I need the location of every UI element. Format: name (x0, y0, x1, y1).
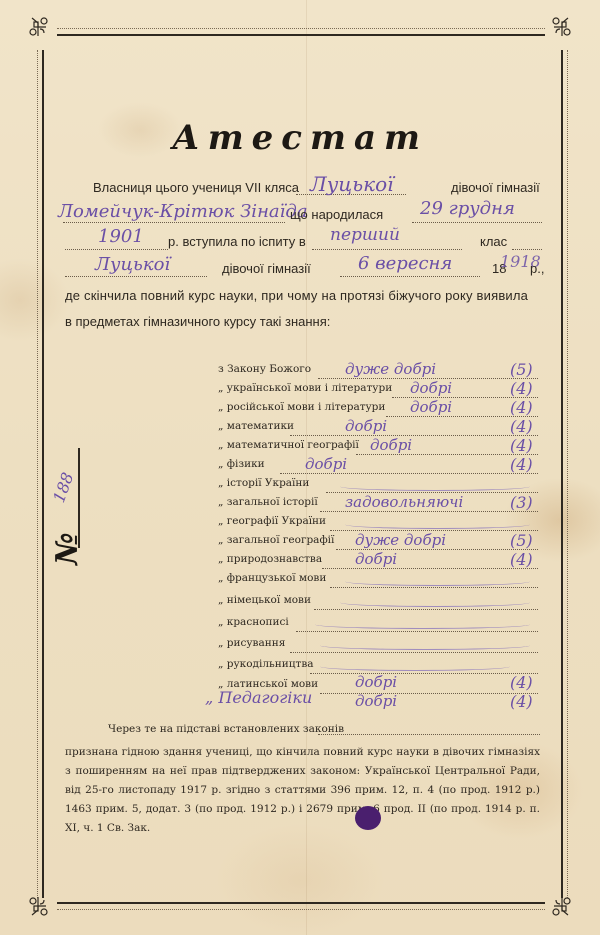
subject-mark: (4) (510, 398, 533, 417)
subject-mark: (4) (510, 455, 533, 474)
subject-name: „ географії України (218, 515, 326, 527)
strike-through-dash (345, 577, 530, 586)
subject-name: „ рисування (218, 637, 285, 649)
subject-name: „ краснописі (218, 616, 289, 628)
hw-school2: Луцької (95, 254, 170, 275)
intro-line1-suffix: дівочої гімназії (451, 180, 540, 195)
ink-blot (355, 806, 381, 830)
subject-name: „ загальної історії (218, 496, 318, 508)
subject-mark: (3) (510, 493, 533, 512)
intro-line6: в предметах гімназичного курсу такі знан… (65, 314, 330, 329)
document-title: Атестат (0, 118, 600, 158)
subject-fill-line (290, 651, 538, 653)
subject-mark: (4) (510, 673, 533, 692)
subject-grade: добрі (410, 398, 452, 416)
closing-fill-line (318, 733, 540, 735)
subject-name: „ історії України (218, 477, 309, 489)
subject-mark: (4) (510, 379, 533, 398)
corner-ornament-icon (548, 893, 574, 919)
subject-name: „ французької мови (218, 572, 326, 584)
intro-line4-mid: дівочої гімназії (222, 261, 311, 276)
subject-name: „ фізики (218, 458, 265, 470)
subject-mark: (5) (510, 531, 533, 550)
hw-class: перший (330, 225, 400, 245)
year-suffix: р., (530, 261, 544, 276)
subject-name: „ української мови і літератури (218, 382, 392, 394)
subject-grade: дуже добрі (355, 531, 446, 549)
intro-line3-mid: р. вступила по іспиту в (168, 234, 306, 249)
hw-student-name: Ломейчук-Крітюк Зінаїда (58, 201, 308, 222)
hw-birth-year: 1901 (98, 226, 144, 247)
intro-line1-prefix: Власниця цього учениця VII кляса (93, 180, 299, 195)
subject-name: з Закону Божого (218, 363, 311, 375)
intro-line2-mid: що народилася (290, 207, 383, 222)
number-label: № (50, 532, 85, 565)
subject-name: „ російської мови і літератури (218, 401, 385, 413)
subject-fill-line (310, 672, 538, 674)
subject-fill-line (314, 608, 538, 610)
frame-border-bottom (57, 902, 545, 910)
subject-name: „ природознавства (218, 553, 322, 565)
subject-grade: добрі (305, 455, 347, 473)
subject-mark: (4) (510, 436, 533, 455)
frame-border-right (561, 50, 568, 898)
subject-grade: добрі (355, 673, 397, 691)
hw-birthdate: 29 грудня (420, 198, 515, 219)
subject-name: „ математичної географії (218, 439, 359, 451)
strike-through-dash (320, 641, 530, 650)
strike-through-dash (345, 520, 530, 529)
corner-ornament-icon (26, 14, 52, 40)
frame-border-left (37, 50, 44, 898)
corner-ornament-icon (26, 893, 52, 919)
subject-mark: (4) (510, 550, 533, 569)
hw-school: Луцької (310, 172, 394, 196)
subject-fill-line (320, 692, 538, 694)
strike-through-dash (315, 620, 530, 629)
hw-graduation-date: 6 вересня (358, 253, 452, 274)
subject-mark: (4) (510, 692, 533, 711)
subject-fill-line (290, 434, 538, 436)
subject-name: „ математики (218, 420, 294, 432)
subject-grade: задовольняючі (345, 493, 463, 511)
subject-mark: (4) (510, 417, 533, 436)
subject-grade: добрі (355, 692, 397, 710)
class-tail-field (512, 235, 542, 250)
subject-name: „ загальної географії (218, 534, 334, 546)
closing-first-line: Через те на підставі встановлених законі… (65, 720, 540, 739)
intro-line3-suffix: клас (480, 234, 507, 249)
subject-grade: добрі (410, 379, 452, 397)
subject-mark: (5) (510, 360, 533, 379)
subject-grade: добрі (345, 417, 387, 435)
subject-name: „ рукодільництва (218, 658, 314, 670)
subject-name: „ Педагогіки (205, 688, 312, 707)
subject-name: „ німецької мови (218, 594, 311, 606)
frame-border-top (57, 28, 545, 36)
strike-through-dash (340, 482, 530, 491)
subject-grade: дуже добрі (345, 360, 436, 378)
intro-line5: де скінчила повний курс науки, при чому … (65, 288, 528, 303)
strike-through-dash (340, 598, 530, 607)
subject-grade: добрі (370, 436, 412, 454)
subject-fill-line (296, 630, 538, 632)
subject-fill-line (330, 586, 538, 588)
corner-ornament-icon (548, 14, 574, 40)
strike-through-dash (320, 662, 510, 671)
closing-body: признана гідною здання учениці, що кінчи… (65, 743, 540, 838)
subject-grade: добрі (355, 550, 397, 568)
